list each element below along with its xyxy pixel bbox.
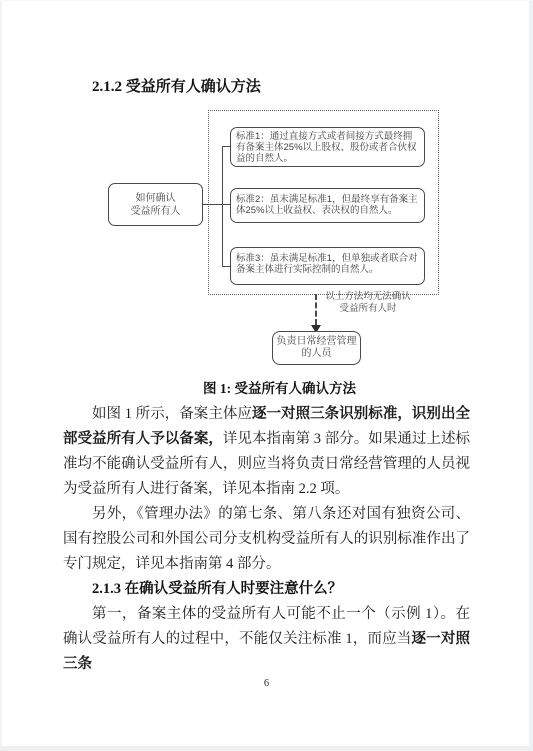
section-heading-2-1-3: 2.1.3 在确认受益所有人时要注意什么？ bbox=[63, 577, 470, 602]
fallback-dashed-arrow bbox=[315, 294, 317, 325]
fallback-manager-line1: 负责日常经营管理 bbox=[273, 336, 360, 348]
question-box-line2: 受益所有人 bbox=[109, 205, 202, 218]
question-box-line1: 如何确认 bbox=[109, 192, 202, 205]
fallback-condition-label: 以上方法均无法确认 受益所有人时 bbox=[321, 291, 415, 314]
fallback-condition-line1: 以上方法均无法确认 bbox=[321, 291, 415, 303]
paragraph-1-run-1: 如图 1 所示，备案主体应 bbox=[92, 406, 252, 422]
fallback-manager-box: 负责日常经营管理 的人员 bbox=[272, 331, 361, 365]
fallback-manager-line2: 的人员 bbox=[273, 348, 360, 360]
standard-2-box: 标准2：虽未满足标准1，但最终享有备案主体25%以上收益权、表决权的自然人。 bbox=[230, 188, 425, 223]
scan-edge-top bbox=[0, 0, 533, 1]
figure-caption: 图 1: 受益所有人确认方法 bbox=[89, 379, 470, 399]
paragraph-2: 另外，《管理办法》的第七条、第八条还对国有独资公司、国有控股公司和外国公司分支机… bbox=[63, 502, 470, 577]
beneficial-owner-flowchart: 如何确认 受益所有人 标准1：通过直接方式或者间接方式最终拥有备案主体25%以上… bbox=[63, 107, 470, 377]
standard-1-box: 标准1：通过直接方式或者间接方式最终拥有备案主体25%以上股权、股份或者合伙权益… bbox=[230, 127, 425, 167]
scan-edge-right bbox=[529, 0, 533, 751]
paragraph-3-run-1: 第一，备案主体的受益所有人可能不止一个（示例 1）。在确认受益所有人的过程中，不… bbox=[63, 606, 470, 647]
page-number: 6 bbox=[0, 678, 533, 689]
section-heading-2-1-2: 2.1.2 受益所有人确认方法 bbox=[92, 76, 470, 98]
connector-vertical-line bbox=[222, 146, 223, 267]
paragraph-2-run-1: 另外，《管理办法》的第七条、第八条还对国有独资公司、国有控股公司和外国公司分支机… bbox=[63, 506, 470, 572]
question-box: 如何确认 受益所有人 bbox=[108, 183, 203, 226]
scan-edge-bottom bbox=[0, 746, 533, 751]
scan-edge-left bbox=[0, 0, 2, 751]
page-content: 2.1.2 受益所有人确认方法 如何确认 受益所有人 标准1：通过直接方式或者间… bbox=[63, 0, 470, 677]
fallback-condition-line2: 受益所有人时 bbox=[321, 303, 415, 315]
paragraph-3: 第一，备案主体的受益所有人可能不止一个（示例 1）。在确认受益所有人的过程中，不… bbox=[63, 602, 470, 677]
standard-3-box: 标准3：虽未满足标准1，但单独或者联合对备案主体进行实际控制的自然人。 bbox=[230, 247, 425, 285]
document-page: 2.1.2 受益所有人确认方法 如何确认 受益所有人 标准1：通过直接方式或者间… bbox=[0, 0, 533, 751]
connector-trunk-line bbox=[203, 204, 231, 205]
paragraph-1: 如图 1 所示，备案主体应逐一对照三条识别标准，识别出全部受益所有人予以备案，详… bbox=[63, 402, 470, 502]
